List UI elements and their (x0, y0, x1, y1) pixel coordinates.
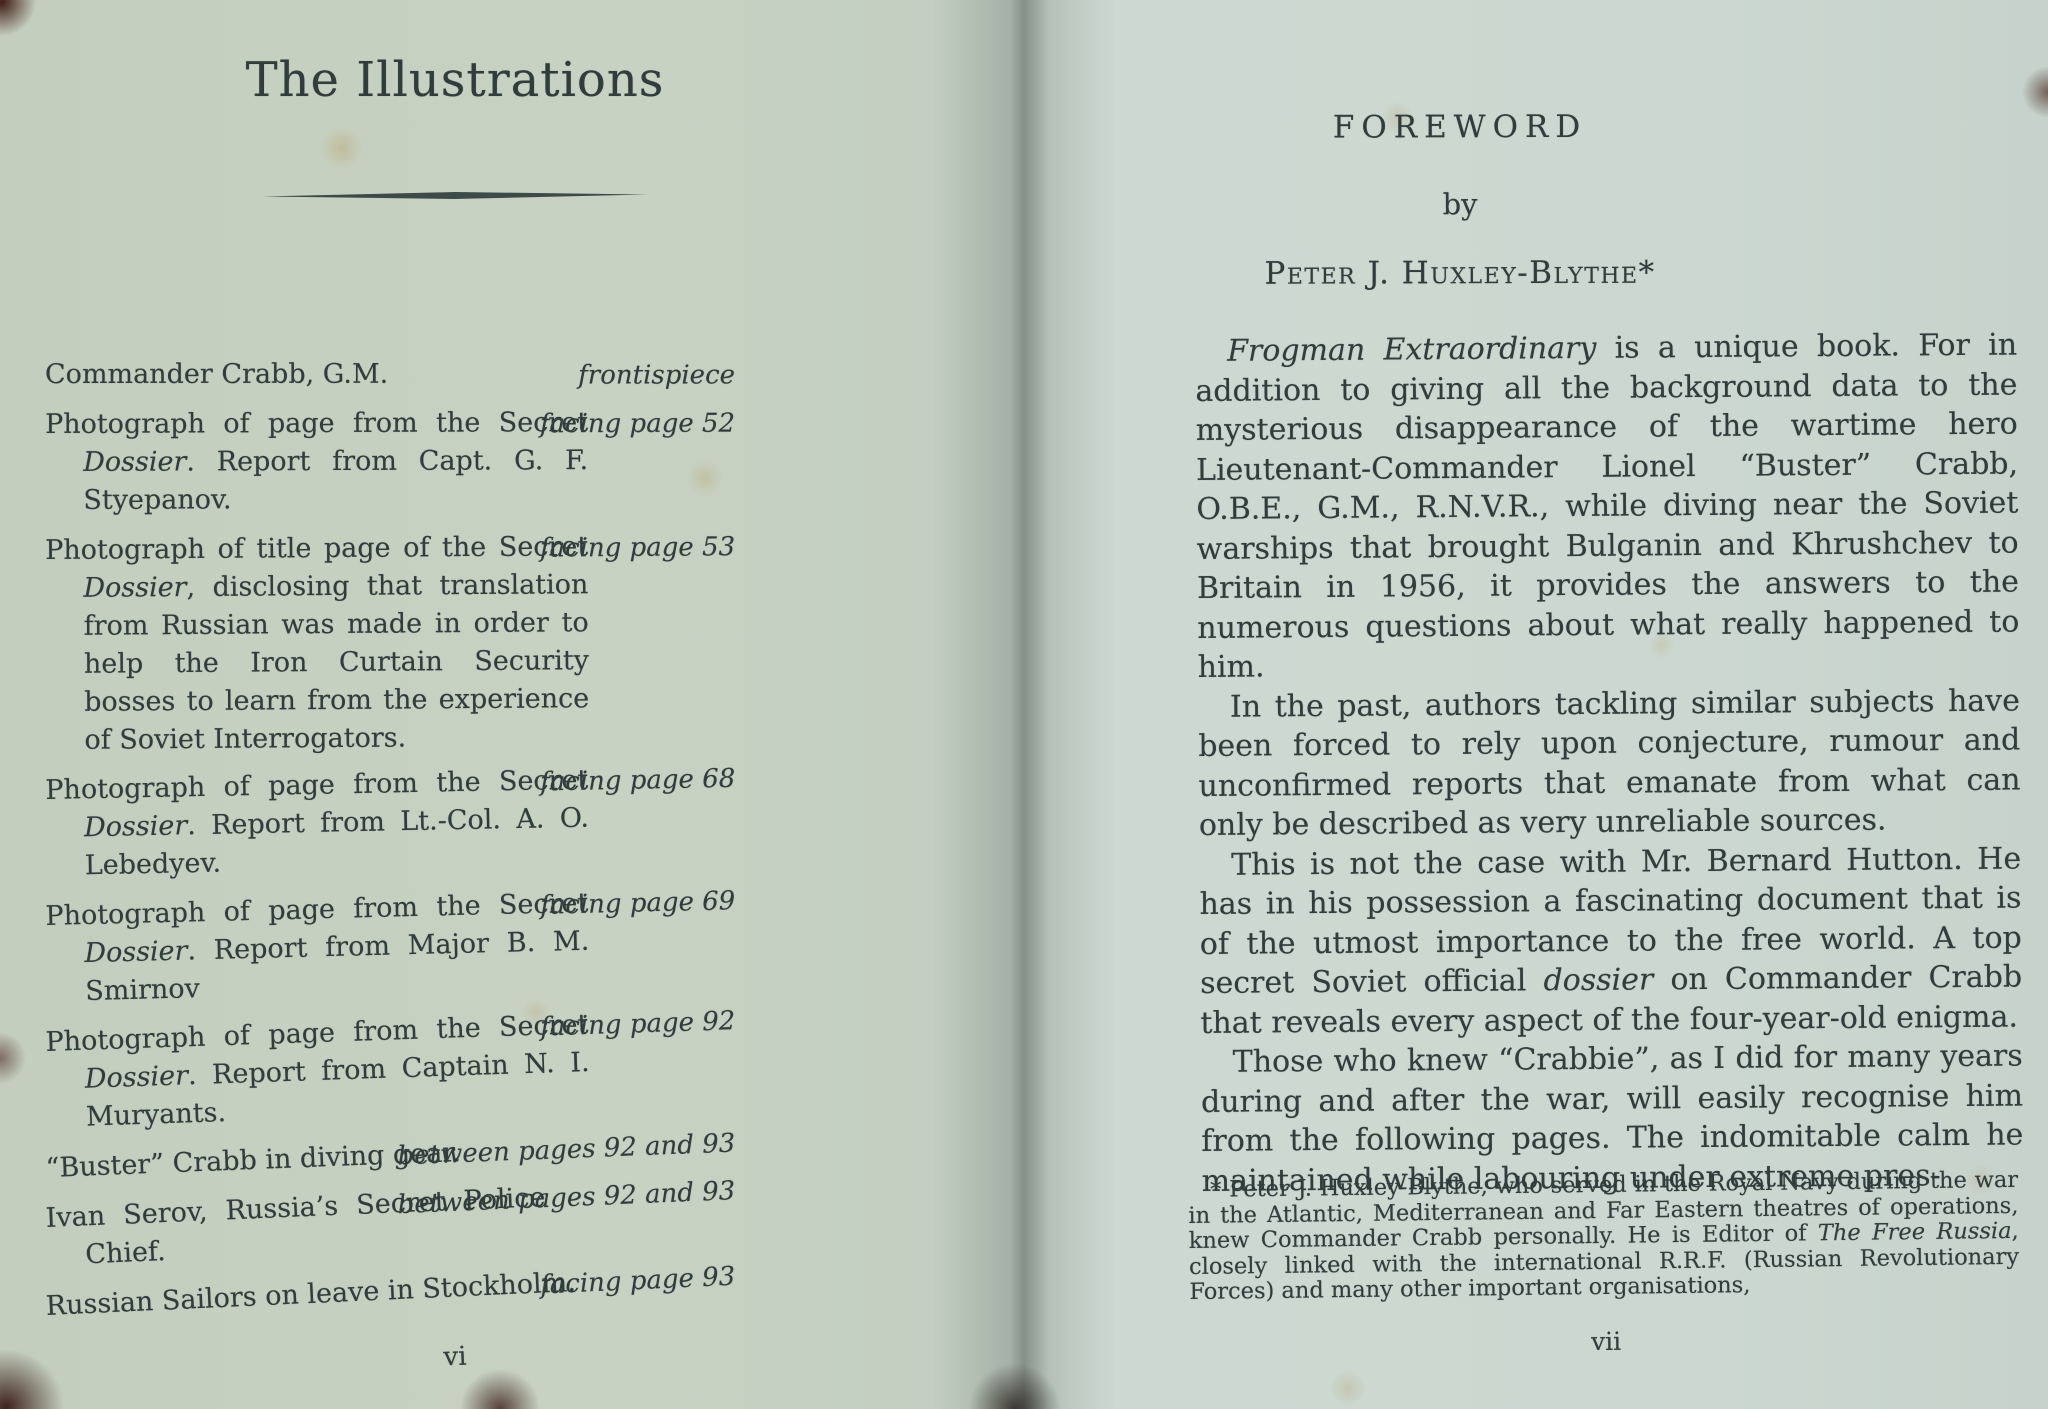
entry-text: Photograph of page from the Secret Dossi… (45, 1006, 591, 1138)
entry-page-ref: between pages 92 and 93 (397, 1125, 736, 1176)
paragraph: Frogman Extraordinary is a unique book. … (1195, 326, 2020, 688)
entry-page-ref: facing page 68 (540, 760, 736, 802)
entry-text: Photograph of page from the Secret Dossi… (45, 762, 590, 886)
author-name: Peter J. Huxley-Blythe* (1150, 254, 1770, 292)
entry-text: Photograph of page from the Secret Dossi… (45, 885, 591, 1012)
entry-page-ref: facing page 53 (540, 528, 735, 567)
entry-text: Photograph of page from the Secret Dossi… (45, 404, 588, 520)
illustration-entry: Photograph of title page of the Secret D… (45, 526, 837, 760)
entry-page-ref: between pages 92 and 93 (397, 1172, 736, 1224)
entry-text: Photograph of title page of the Secret D… (45, 528, 590, 760)
entry-text: Commander Crabb, G.M. (45, 356, 588, 394)
illustration-entry: Photograph of page from the Secret Dossi… (45, 998, 838, 1138)
illustration-entry: Photograph of page from the Secret Dossi… (45, 403, 835, 520)
entry-page-ref: facing page 92 (540, 1002, 736, 1046)
entry-text: Russian Sailors on leave in Stockholm. (45, 1263, 589, 1326)
paragraph: This is not the case with Mr. Bernard Hu… (1199, 839, 2023, 1043)
foreword-heading: FOREWORD (1150, 108, 1770, 146)
foreword-body: Frogman Extraordinary is a unique book. … (1195, 326, 2024, 1201)
illustration-entry: Photograph of page from the Secret Dossi… (45, 757, 837, 886)
book-page-illustrations: The Illustrations Commander Crabb, G.M. … (0, 0, 1010, 1409)
paragraph: In the past, authors tackling similar su… (1198, 681, 2021, 845)
entry-page-ref: facing page 93 (539, 1258, 736, 1305)
page-number-right: vii (1195, 1322, 2017, 1361)
entry-page-ref: facing page 69 (540, 882, 736, 925)
illustration-entry: Commander Crabb, G.M. frontispiece (45, 355, 835, 394)
illustrations-title: The Illustrations (40, 52, 870, 108)
entry-page-ref: facing page 52 (540, 405, 735, 444)
book-page-foreword: FOREWORD by Peter J. Huxley-Blythe* Frog… (1010, 0, 2048, 1409)
decorative-rule (262, 191, 648, 200)
illustrations-list: Commander Crabb, G.M. frontispiece Photo… (45, 356, 835, 1338)
illustration-entry: Photograph of page from the Secret Dossi… (45, 879, 838, 1012)
entry-page-ref: frontispiece (578, 356, 735, 394)
footnote: * Peter J. Huxley-Blythe, who served in … (1188, 1168, 2019, 1306)
byline: by (1150, 186, 1770, 222)
